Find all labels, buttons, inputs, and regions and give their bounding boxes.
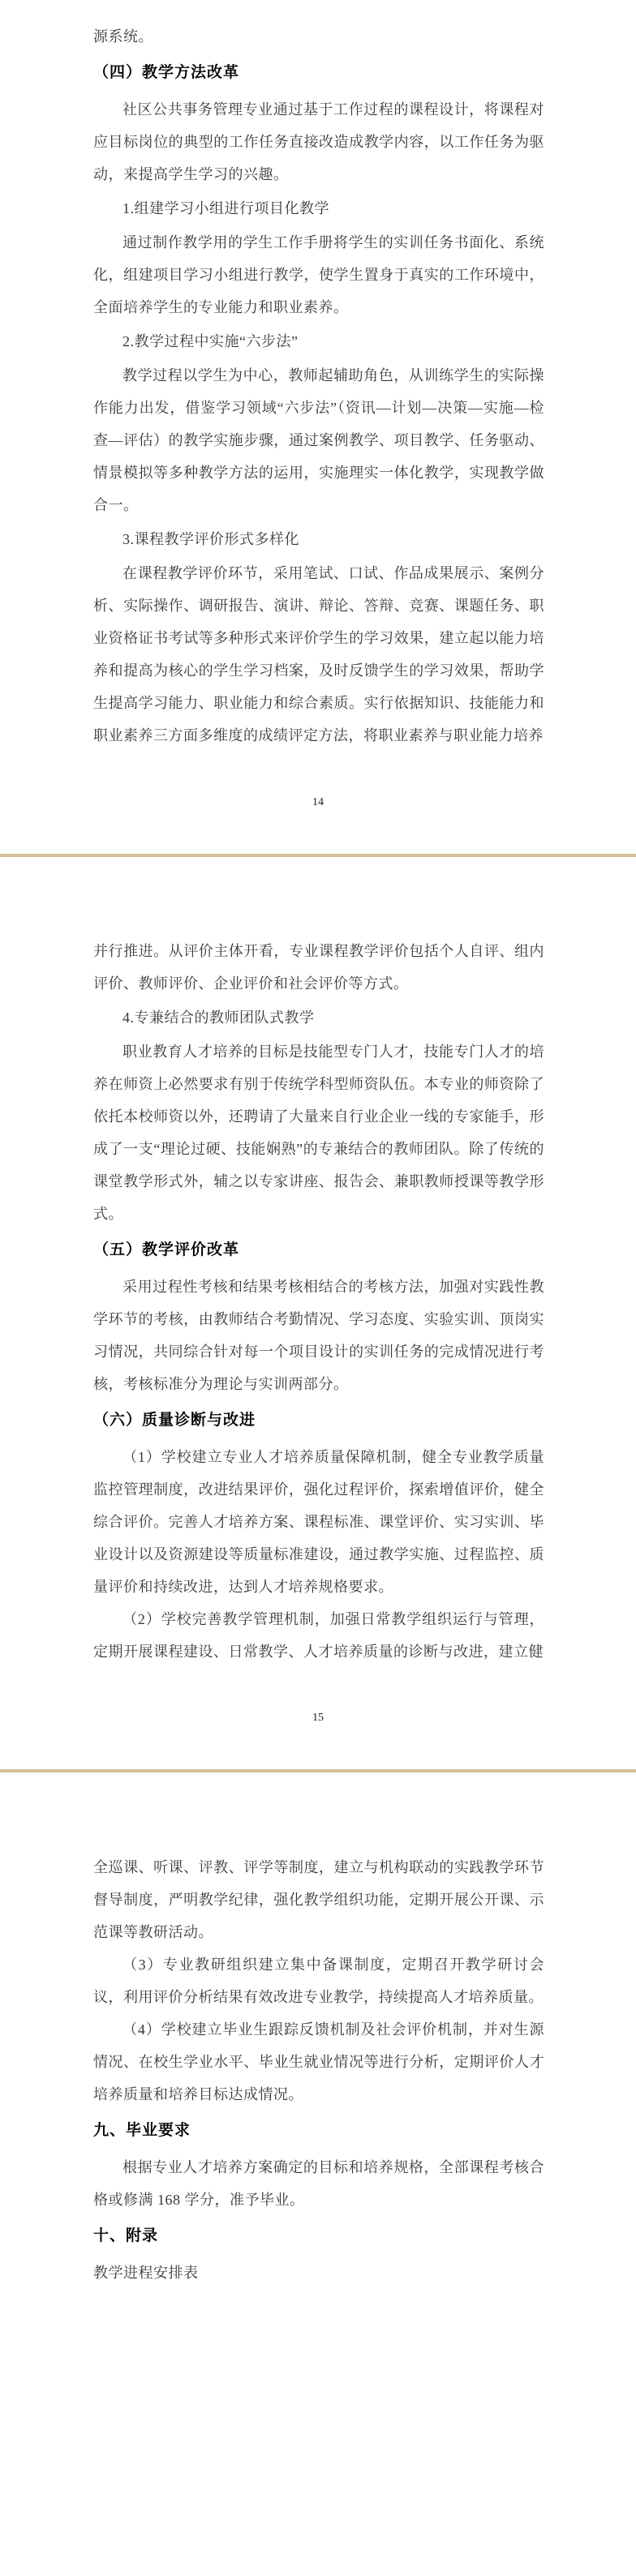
- document-viewer: 源系统。（四）教学方法改革社区公共事务管理专业通过基于工作过程的课程设计，将课程…: [0, 0, 636, 2576]
- page-body: 源系统。（四）教学方法改革社区公共事务管理专业通过基于工作过程的课程设计，将课程…: [93, 20, 544, 752]
- paragraph: 在课程教学评价环节，采用笔试、口试、作品成果展示、案例分析、实际操作、调研报告、…: [93, 557, 544, 752]
- paragraph: 采用过程性考核和结果考核相结合的考核方法，加强对实践性教学环节的考核，由教师结合…: [93, 1271, 544, 1400]
- section-heading: 十、附录: [93, 2220, 544, 2252]
- paragraph: 社区公共事务管理专业通过基于工作过程的课程设计，将课程对应目标岗位的典型的工作任…: [93, 93, 544, 191]
- paragraph: 教学过程以学生为中心，教师起辅助角色，从训练学生的实际操作能力出发，借鉴学习领域…: [93, 359, 544, 521]
- sub-heading: 2.教学过程中实施“六步法”: [93, 325, 544, 358]
- paragraph-continuation: 全巡课、听课、评教、评学等制度，建立与机构联动的实践教学环节督导制度，严明教学纪…: [93, 1851, 544, 1948]
- page: 并行推进。从评价主体开看，专业课程教学评价包括个人自评、组内评价、教师评价、企业…: [0, 857, 636, 1769]
- paragraph: （4）学校建立毕业生跟踪反馈机制及社会评价机制，并对生源情况、在校生学业水平、毕…: [93, 2013, 544, 2111]
- paragraph: （1）学校建立专业人才培养质量保障机制，健全专业教学质量监控管理制度，改进结果评…: [93, 1441, 544, 1603]
- paragraph: 通过制作教学用的学生工作手册将学生的实训任务书面化、系统化，组建项目学习小组进行…: [93, 226, 544, 324]
- page-number: 14: [0, 796, 636, 809]
- page: 全巡课、听课、评教、评学等制度，建立与机构联动的实践教学环节督导制度，严明教学纪…: [0, 1772, 636, 2576]
- paragraph: 职业教育人才培养的目标是技能型专门人才，技能专门人才的培养在师资上必然要求有别于…: [93, 1035, 544, 1230]
- section-heading: （四）教学方法改革: [93, 57, 544, 89]
- sub-heading: 1.组建学习小组进行项目化教学: [93, 192, 544, 225]
- section-heading: （五）教学评价改革: [93, 1234, 544, 1267]
- paragraph: （3）专业教研组织建立集中备课制度，定期召开教学研讨会议，利用评价分析结果有效改…: [93, 1948, 544, 2013]
- sub-heading: 3.课程教学评价形式多样化: [93, 523, 544, 555]
- section-heading: 九、毕业要求: [93, 2115, 544, 2147]
- paragraph-continuation: 并行推进。从评价主体开看，专业课程教学评价包括个人自评、组内评价、教师评价、企业…: [93, 935, 544, 1000]
- page: 源系统。（四）教学方法改革社区公共事务管理专业通过基于工作过程的课程设计，将课程…: [0, 0, 636, 854]
- page-number: 15: [0, 1712, 636, 1725]
- paragraph-continuation: 源系统。: [93, 20, 544, 53]
- paragraph: （2）学校完善教学管理机制，加强日常教学组织运行与管理，定期开展课程建设、日常教…: [93, 1603, 544, 1668]
- paragraph-continuation: 教学进程安排表: [93, 2257, 544, 2289]
- sub-heading: 4.专兼结合的教师团队式教学: [93, 1001, 544, 1034]
- page-body: 并行推进。从评价主体开看，专业课程教学评价包括个人自评、组内评价、教师评价、企业…: [93, 935, 544, 1668]
- page-body: 全巡课、听课、评教、评学等制度，建立与机构联动的实践教学环节督导制度，严明教学纪…: [93, 1851, 544, 2289]
- section-heading: （六）质量诊断与改进: [93, 1404, 544, 1437]
- paragraph: 根据专业人才培养方案确定的目标和培养规格，全部课程考核合格或修满 168 学分，…: [93, 2151, 544, 2216]
